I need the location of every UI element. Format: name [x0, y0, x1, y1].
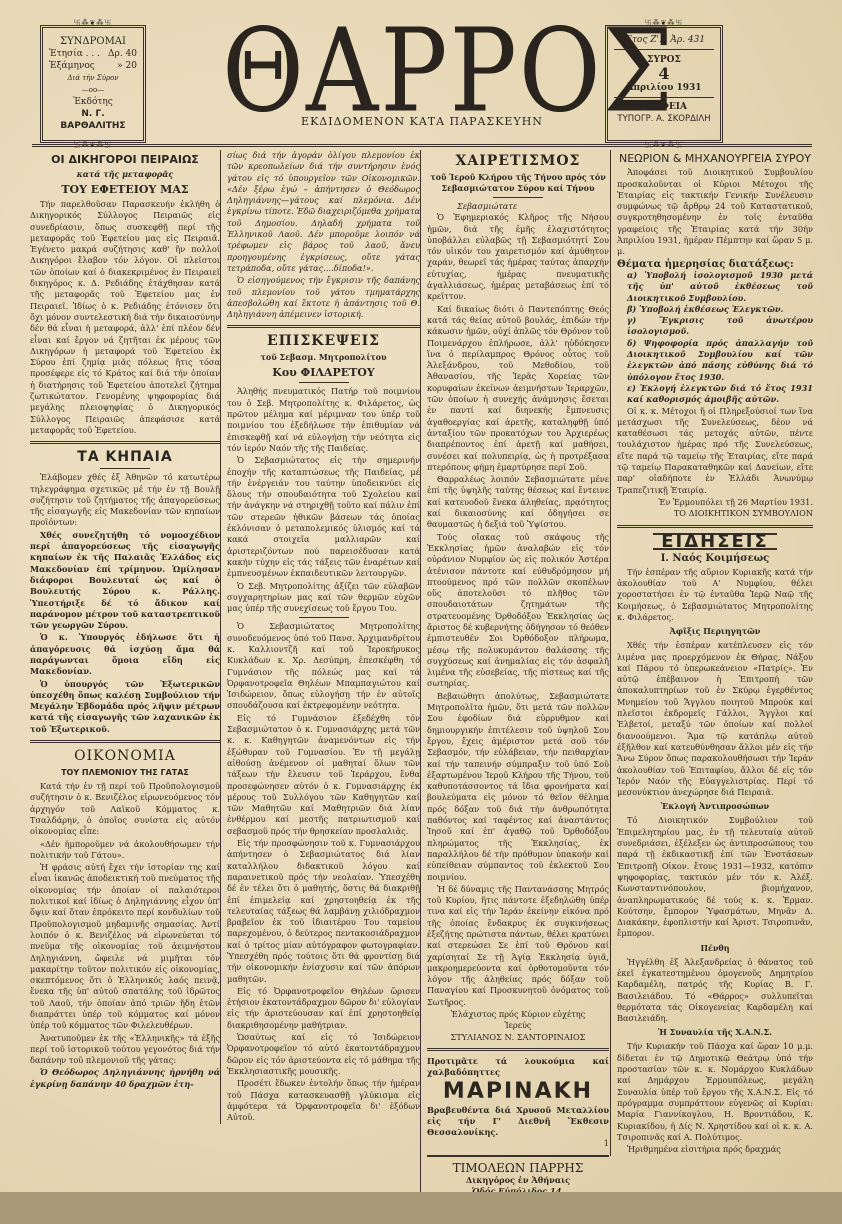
news-headline: Ἐκλογή Ἀντιπροσώπων [617, 801, 813, 812]
issue-box: 卐⁂❦⁂卐 Ἔτος Ζ'. · Ἀρ. 431 ΣΥΡΟΣ 4 Ἀπριλίο… [605, 25, 723, 143]
salutation: Σεβασμιώτατε [427, 201, 609, 212]
column-1: ΟΙ ΔΙΚΗΓΟΡΟΙ ΠΕΙΡΑΙΩΣ κατά τῆς μεταφορᾶς… [30, 150, 220, 1091]
separator [30, 441, 220, 444]
paragraph: Ὁ κ. Ὑπουργός ἐδήλωσε ὅτι ἡ ἀπαγόρευσις … [30, 632, 220, 677]
ornament-icon: 卐⁂❦⁂卐 [608, 20, 720, 26]
paragraph: Ἐλάβομεν χθές ἐξ Ἀθηνῶν τό κατωτέρω τηλε… [30, 472, 220, 528]
agenda-item: δ) Ψηφοφορία πρός ἀπαλλαγήν τοῦ Διοικητι… [617, 338, 813, 383]
newspaper-subtitle: ΕΚΔΙΔΟΜΕΝΟΝ ΚΑΤΑ ΠΑΡΑΣΚΕΥΗΝ [222, 115, 622, 128]
publisher-name: Ν. Γ. ΒΑΡΘΑΛΙΤΗΣ [49, 108, 137, 132]
subheadline: κατά τῆς μεταφορᾶς [30, 169, 220, 180]
paragraph: Ἡ δέ δύναμις τῆς Παντανάσσης Μητρός τοῦ … [427, 884, 609, 1008]
divider [493, 197, 543, 198]
paragraph: Ὁ εἰσηγούμενος τήν ἔγκρισιν τῆς δαπάνης … [227, 275, 420, 320]
news-headline: Ι. Ναός Κοιμήσεως [617, 553, 813, 564]
signature: ΣΤΥΛΙΑΝΟΣ Ν. ΣΑΝΤΟΡΙΝΑΙΟΣ [427, 1032, 609, 1043]
divider [299, 382, 349, 383]
article-lawyers: ΟΙ ΔΙΚΗΓΟΡΟΙ ΠΕΙΡΑΙΩΣ κατά τῆς μεταφορᾶς… [30, 153, 220, 436]
news-headline: Ἡ Συναυλία τῆς Χ.Α.Ν.Σ. [617, 1027, 813, 1038]
subheadline: τοῦ Ἱεροῦ Κλήρου τῆς Τήνου πρός τόν Σεβα… [427, 172, 609, 194]
headline: ΟΙ ΔΙΚΗΓΟΡΟΙ ΠΕΙΡΑΙΩΣ [30, 153, 220, 166]
ad-marinaki: Προτιμᾶτε τά λουκούμια καί χαλβαδόπηττες… [427, 1056, 609, 1150]
agenda-item: γ) Ἔγκρισις τοῦ ἀνωτέρου ἰσολογισμοῦ. [617, 315, 813, 338]
paragraph: Ἀνατυποῦμεν ἐκ τῆς «Ἑλληνικῆς» τά ἑξῆς π… [30, 1033, 220, 1067]
headline: ΤΟΥ ΕΦΕΤΕΙΟΥ ΜΑΣ [30, 183, 220, 196]
paragraph: Βεβαιώθητι ἀπολύτως, Σεβασμιώτατε Μητροπ… [427, 691, 609, 883]
paragraph: Ἠριθμημένα εἰσιτήρια πρός δραχμάς [617, 1144, 813, 1155]
headline: ΧΑΙΡΕΤΙΣΜΟΣ [427, 153, 609, 169]
headline: ΟΙΚΟΝΟΜΙΑ [30, 748, 220, 764]
issue-number: Ἔτος Ζ'. · Ἀρ. 431 [614, 34, 714, 50]
subheadline: τοῦ Σεβασμ. Μητροπολίτου [227, 352, 420, 363]
column-2: σίως διά τήν ἀγοράν ὀλίγου πλεμονίου ἐκ … [220, 150, 420, 1124]
paragraph: Ὁ Σεβ. Μητροπολίτης ἀξίζει τῶν εὐλαβῶν σ… [227, 581, 420, 615]
annual-label: Ἐτησία . . . [49, 48, 100, 60]
page-bottom-edge [0, 1192, 842, 1224]
article-economy: ΟΙΚΟΝΟΜΙΑ ΤΟΥ ΠΛΕΜΟΝΙΟΥ ΤΗΣ ΓΑΤΑΣ Κατά τ… [30, 748, 220, 1090]
paragraph: Θαρραλέως λοιπόν Σεβασμιώτατε μένε ἐπί τ… [427, 474, 609, 530]
paragraph: Οἱ κ. κ. Μέτοχοι ἤ οἱ Πληρεξούσιοί των ἵ… [617, 406, 813, 496]
ad-brand: ΜΑΡΙΝΑΚΗ [427, 1079, 609, 1105]
divider [299, 617, 349, 618]
semi-label: Ἑξάμηνος [49, 60, 95, 72]
paragraph: Τό Διοικητικόν Συμβούλιον τοῦ Ἐπιμελητηρ… [617, 815, 813, 939]
subscription-heading: ΣΥΝΔΡΟΜΑΙ [49, 36, 137, 48]
publisher-label: Ἐκδότης [49, 96, 137, 108]
paragraph: Ὁ Σεβασμιώτατος εἰς τήν σημερινήν ἐποχήν… [227, 455, 420, 579]
separator [30, 740, 220, 743]
paragraph: Προσέτι ἔδωκεν ἐντολήν ὅπως τήν ἡμέραν τ… [227, 1078, 420, 1123]
ornament-icon: 卐⁂❦⁂卐 [43, 20, 143, 26]
agenda-item: ε) Ἐκλογή ἐλεγκτῶν διά τό ἔτος 1931 καί … [617, 383, 813, 406]
masthead-rule [32, 144, 812, 147]
paragraph: Χθές συνεζητήθη τό νομοσχέδιον περί ἀπαγ… [30, 530, 220, 632]
paragraph: σίως διά τήν ἀγοράν ὀλίγου πλεμονίου ἐκ … [227, 150, 420, 274]
divider: —oo— [49, 84, 137, 96]
paragraph: Τήν παρελθοῦσαν Παρασκευήν ἐκλήθη ὁ Δικη… [30, 199, 220, 436]
agenda-title: Θέματα ἡμερησίας διατάξεως: [617, 259, 813, 270]
paragraph: Ἡ φράσις αὐτή ἔχει τήν ἱστορίαν της καί … [30, 862, 220, 1031]
paragraph: Εἰς τό Ὀρφανοτροφεῖον Θηλέων ὥρισεν ἐτήσ… [227, 986, 420, 1031]
news-section: ΕΙΔΗΣΕΙΣ Ι. Ναός Κοιμήσεως Τήν ἑσπέραν τ… [617, 533, 813, 1156]
paragraph: Τήν ἑσπέραν τῆς αὔριον Κυριακῆς κατά τήν… [617, 567, 813, 623]
newspaper-title: ΘΑΡΡΟΣ [222, 14, 622, 129]
office-name: ΤΥΠΟΓΡ. Α. ΣΚΟΡΔΙΛΗ [614, 113, 714, 125]
issue-day: 4 [614, 66, 714, 82]
ad-number: 1 [427, 1138, 609, 1149]
subscription-box: 卐⁂❦⁂卐 ΣΥΝΔΡΟΜΑΙ Ἐτησία . . .Δρ. 40 Ἑξάμη… [40, 25, 146, 143]
column-3: ΧΑΙΡΕΤΙΣΜΟΣ τοῦ Ἱεροῦ Κλήρου τῆς Τήνου π… [420, 150, 609, 1209]
separator [427, 1048, 609, 1051]
headline: Κου ΦΙΛΑΡΕΤΟΥ [227, 366, 420, 379]
paragraph: Τούς οἴακας τοῦ σκάφους τῆς Ἐκκλησίας ἡμ… [427, 532, 609, 690]
semi-price: » 20 [117, 60, 137, 72]
paragraph: Χθές τήν ἑσπέραν κατέπλευσεν εἰς τόν λιμ… [617, 640, 813, 798]
newspaper-page: 卐⁂❦⁂卐 ΣΥΝΔΡΟΜΑΙ Ἐτησία . . .Δρ. 40 Ἑξάμη… [22, 0, 822, 1185]
paragraph: Ἠγγέλθη ἐξ Ἀλεξανδρείας ὁ θάνατος τοῦ ἐκ… [617, 957, 813, 1025]
agenda-item: α) Ὑποβολή ἰσολογισμοῦ 1930 μετά τῆς ὑπ'… [617, 270, 813, 304]
paragraph: Τήν Κυριακήν τοῦ Πάσχα καί ὥραν 10 μ.μ. … [617, 1041, 813, 1143]
separator [617, 525, 813, 528]
paragraph: Ἀποφάσει τοῦ Διοικητικοῦ Συμβουλίου προσ… [617, 167, 813, 257]
paragraph: Ὁ Σεβασμιώτατος Μητροπολίτης συνοδευόμεν… [227, 621, 420, 711]
paragraph: Εἰς τό Γυμνάσιον ἐξεδέχθη τόν Σεβασμιώτα… [227, 713, 420, 837]
section-title: ΕΙΔΗΣΕΙΣ [653, 533, 777, 550]
paragraph: Καί δικαίως διότι ὁ Παντεπόπτης Θεός κατ… [427, 304, 609, 473]
paragraph: Ὁ Θεόδωρος Δηληγιάννης ἠρνήθη νά ἐγκρίνῃ… [30, 1067, 220, 1090]
annual-price: Δρ. 40 [108, 48, 137, 60]
signature: ΤΟ ΔΙΟΙΚΗΤΙΚΟΝ ΣΥΜΒΟΥΛΙΟΝ [617, 508, 813, 519]
news-headline: Πένθη [617, 943, 813, 954]
office-label: ΓΡΑΦΕΙΑ [614, 101, 714, 113]
article-kipaia: ΤΑ ΚΗΠΑΙΑ Ἐλάβομεν χθές ἐξ Ἀθηνῶν τό κατ… [30, 449, 220, 735]
ad-text: Βραβευθέντα διά Χρυσοῦ Μεταλλίου εἰς τήν… [427, 1105, 609, 1139]
article-greeting: ΧΑΙΡΕΤΙΣΜΟΣ τοῦ Ἱεροῦ Κλήρου τῆς Τήνου π… [427, 153, 609, 1043]
ad-text: Προτιμᾶτε τά λουκούμια καί χαλβαδόπηττες [427, 1056, 609, 1079]
masthead: 卐⁂❦⁂卐 ΣΥΝΔΡΟΜΑΙ Ἐτησία . . .Δρ. 40 Ἑξάμη… [22, 0, 822, 146]
news-headline: Ἀφῖξις Περιηγητῶν [617, 626, 813, 637]
agenda-item: β) Ὑποβολή ἐκθέσεως Ἐλεγκτῶν. [617, 304, 813, 315]
paragraph: Εἰς τήν προσφώνησιν τοῦ κ. Γυμνασιάρχου … [227, 838, 420, 985]
ad-name: ΤΙΜΟΛΕΩΝ ΠΑΡΡΗΣ [427, 1162, 609, 1175]
closing: Ἐλάχιστος πρός Κύριον εὐχέτης [427, 1009, 609, 1020]
headline: ΝΕΩΡΙΟΝ & ΜΗΧΑΝΟΥΡΓΕΙΑ ΣΥΡΟΥ [617, 153, 813, 164]
agenda-list: α) Ὑποβολή ἰσολογισμοῦ 1930 μετά τῆς ὑπ'… [617, 270, 813, 406]
paragraph: Ὁ Ἐφημεριακός Κλῆρος τῆς Νήσου ἡμῶν, διά… [427, 212, 609, 302]
article-visits: ΕΠΙΣΚΕΨΕΙΣ τοῦ Σεβασμ. Μητροπολίτου Κου … [227, 333, 420, 1123]
dateline: Ἐν Ἑρμουπόλει τῇ 26 Μαρτίου 1931. [617, 497, 813, 508]
headline: ΤΑ ΚΗΠΑΙΑ [30, 449, 220, 465]
separator [227, 325, 420, 328]
issue-date: Ἀπριλίου 1931 [614, 82, 714, 98]
column-4: ΝΕΩΡΙΟΝ & ΜΗΧΑΝΟΥΡΓΕΙΑ ΣΥΡΟΥ Ἀποφάσει το… [610, 150, 813, 1156]
subheadline: ΤΟΥ ΠΛΕΜΟΝΙΟΥ ΤΗΣ ΓΑΤΑΣ [30, 767, 220, 778]
subscription-note: Διά τήν Σύρον [49, 72, 137, 84]
headline: ΕΠΙΣΚΕΨΕΙΣ [227, 333, 420, 349]
paragraph: Ὁ ὑπουργός τῶν Ἐξωτερικῶν ὑπεσχέθη ὅπως … [30, 679, 220, 735]
paragraph: «Δέν ἠμποροῦμεν νά ἀκολουθήσωμεν τήν πολ… [30, 839, 220, 862]
paragraph: Ἀληθής πνευματικός Πατήρ τοῦ ποιμνίου το… [227, 386, 420, 454]
article-shipyard: ΝΕΩΡΙΟΝ & ΜΗΧΑΝΟΥΡΓΕΙΑ ΣΥΡΟΥ Ἀποφάσει το… [617, 153, 813, 520]
ad-role: Δικηγόρος ἐν Ἀθήναις [427, 1175, 609, 1186]
closing-title: Ἱερεύς [427, 1020, 609, 1031]
paragraph: Κατά τήν ἐν τῇ περί τοῦ Προϋπολογισμοῦ σ… [30, 781, 220, 837]
paragraph: Ὡσαύτως καί εἰς τό Ἰσιδώρειον Ὀρφανοτροφ… [227, 1032, 420, 1077]
separator [427, 1155, 609, 1157]
divider [100, 468, 150, 469]
